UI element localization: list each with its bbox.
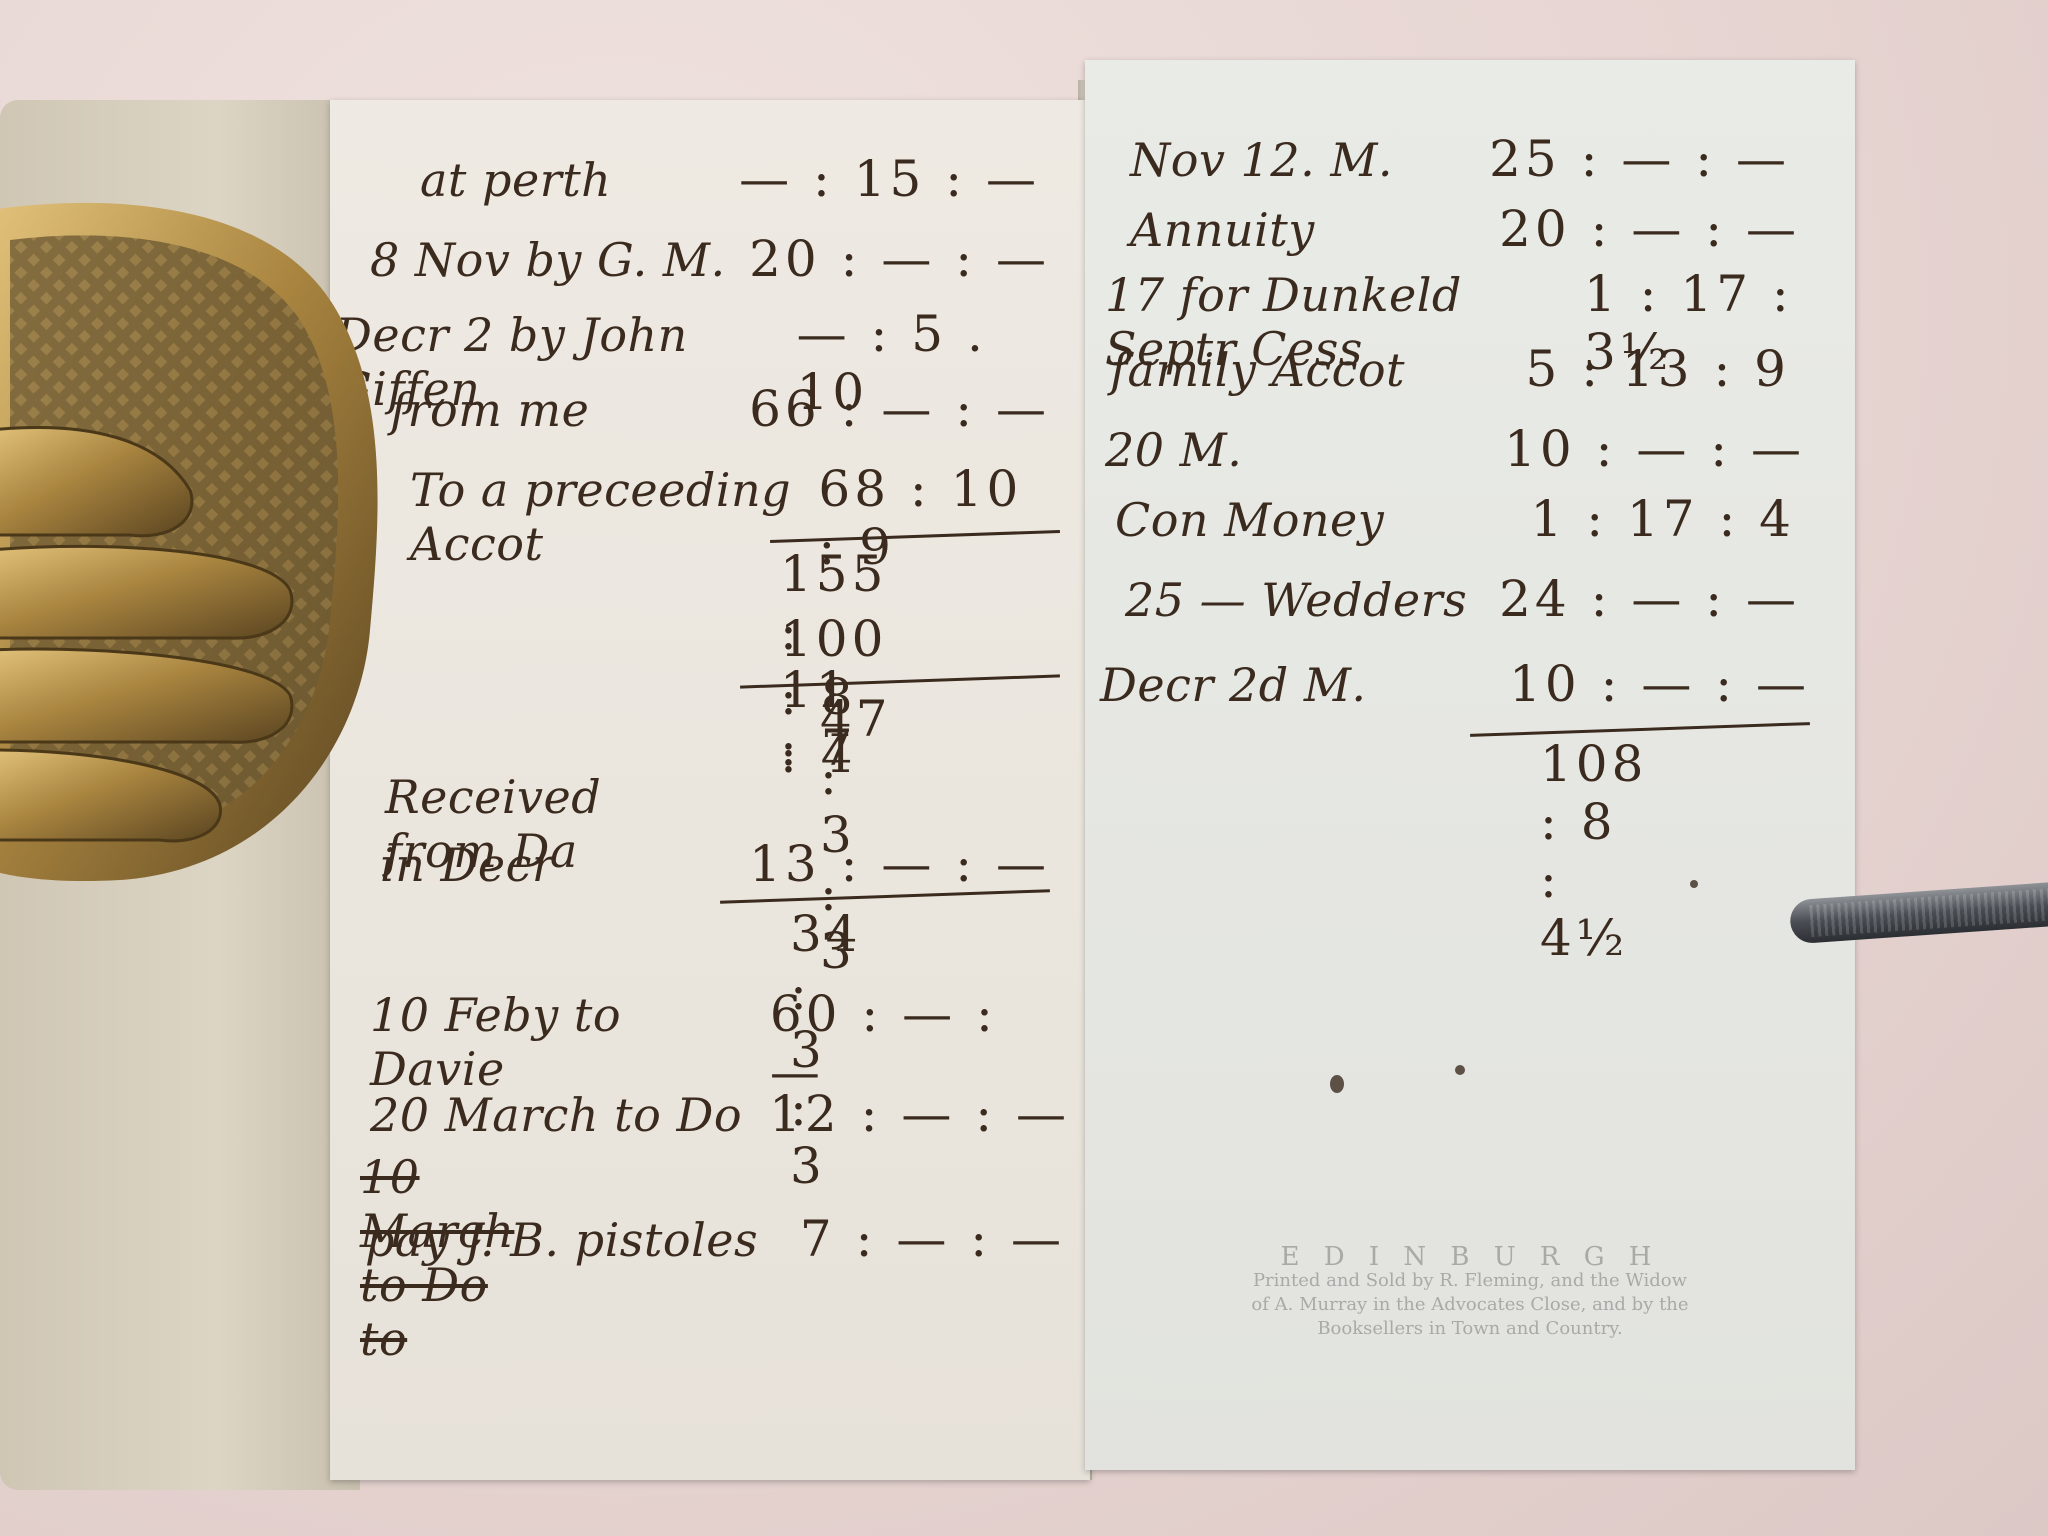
ledger-row: in Decr 13 : — : —	[380, 835, 1050, 893]
ledger-row: Con Money 1 : 17 : 4	[1115, 490, 1795, 548]
brass-hand-paperweight-icon	[0, 190, 420, 890]
imprint-title: E D I N B U R G H	[1140, 1245, 1800, 1269]
ledger-row: Decr 2d M. 10 : — : —	[1100, 655, 1810, 713]
imprint-line: of A. Murray in the Advocates Close, and…	[1140, 1293, 1800, 1317]
imprint-line: Booksellers in Town and Country.	[1140, 1317, 1800, 1341]
payment-amount: 12 : — : —	[769, 1085, 1070, 1143]
entry-desc: Decr 2d M.	[1100, 658, 1367, 712]
entry-amount: 10 : — : —	[1504, 420, 1805, 478]
entry-amount: 5 : 13 : 9	[1525, 340, 1790, 398]
ledger-row: To a preceeding Accot 68 : 10 : 9	[410, 460, 1050, 576]
payment-row: 20 March to Do 12 : — : —	[370, 1085, 1070, 1143]
entry-amount: 25 : — : —	[1489, 130, 1790, 188]
entry-desc: Nov 12. M.	[1130, 133, 1393, 187]
payment-amount: 60 : — : —	[770, 985, 1070, 1101]
entry-desc: family Accot	[1110, 343, 1405, 397]
entry-desc: Con Money	[1115, 493, 1384, 547]
entry-desc: To a preceeding Accot	[410, 463, 818, 571]
total-row: 108 : 8 : 4½	[1540, 735, 1647, 967]
payment-row: pay J. B. pistoles 7 : — : —	[365, 1210, 1065, 1268]
ink-blot	[1455, 1065, 1465, 1075]
entry-amount: — : 15 : —	[739, 150, 1040, 208]
entry-amount: 66 : — : —	[749, 380, 1050, 438]
entry-desc: 20 M.	[1105, 423, 1242, 477]
entry-desc: at perth	[420, 153, 611, 207]
entry-amount: 1 : 17 : 4	[1530, 490, 1795, 548]
ledger-row: family Accot 5 : 13 : 9	[1110, 340, 1790, 398]
payment-amount: 7 : — : —	[800, 1210, 1065, 1268]
total-amount: 108 : 8 : 4½	[1540, 735, 1647, 967]
ledger-row: 8 Nov by G. M. 20 : — : —	[370, 230, 1050, 288]
entry-amount: 10 : — : —	[1509, 655, 1810, 713]
ledger-row: Annuity 20 : — : —	[1130, 200, 1800, 258]
ledger-row: at perth — : 15 : —	[420, 150, 1040, 208]
ledger-row: from me 66 : — : —	[390, 380, 1050, 438]
payment-row: 10 Feby to Davie 60 : — : —	[370, 985, 1070, 1101]
ledger-row: 25 — Wedders 24 : — : —	[1125, 570, 1800, 628]
printed-imprint: E D I N B U R G H Printed and Sold by R.…	[1140, 1245, 1800, 1341]
entry-amount: 24 : — : —	[1499, 570, 1800, 628]
ink-blot	[1330, 1075, 1344, 1093]
entry-desc: 25 — Wedders	[1125, 573, 1467, 627]
ink-blot	[1690, 880, 1698, 888]
ledger-row: 20 M. 10 : — : —	[1105, 420, 1805, 478]
payment-desc: 20 March to Do	[370, 1088, 742, 1142]
payment-desc: pay J. B. pistoles	[365, 1213, 758, 1267]
entry-amount: 20 : — : —	[1499, 200, 1800, 258]
received-amount: 13 : — : —	[749, 835, 1050, 893]
imprint-line: Printed and Sold by R. Fleming, and the …	[1140, 1269, 1800, 1293]
payment-desc: 10 Feby to Davie	[370, 988, 770, 1096]
ledger-row: Nov 12. M. 25 : — : —	[1130, 130, 1790, 188]
entry-desc: Annuity	[1130, 203, 1315, 257]
entry-amount: 20 : — : —	[749, 230, 1050, 288]
entry-desc: 8 Nov by G. M.	[370, 233, 726, 287]
